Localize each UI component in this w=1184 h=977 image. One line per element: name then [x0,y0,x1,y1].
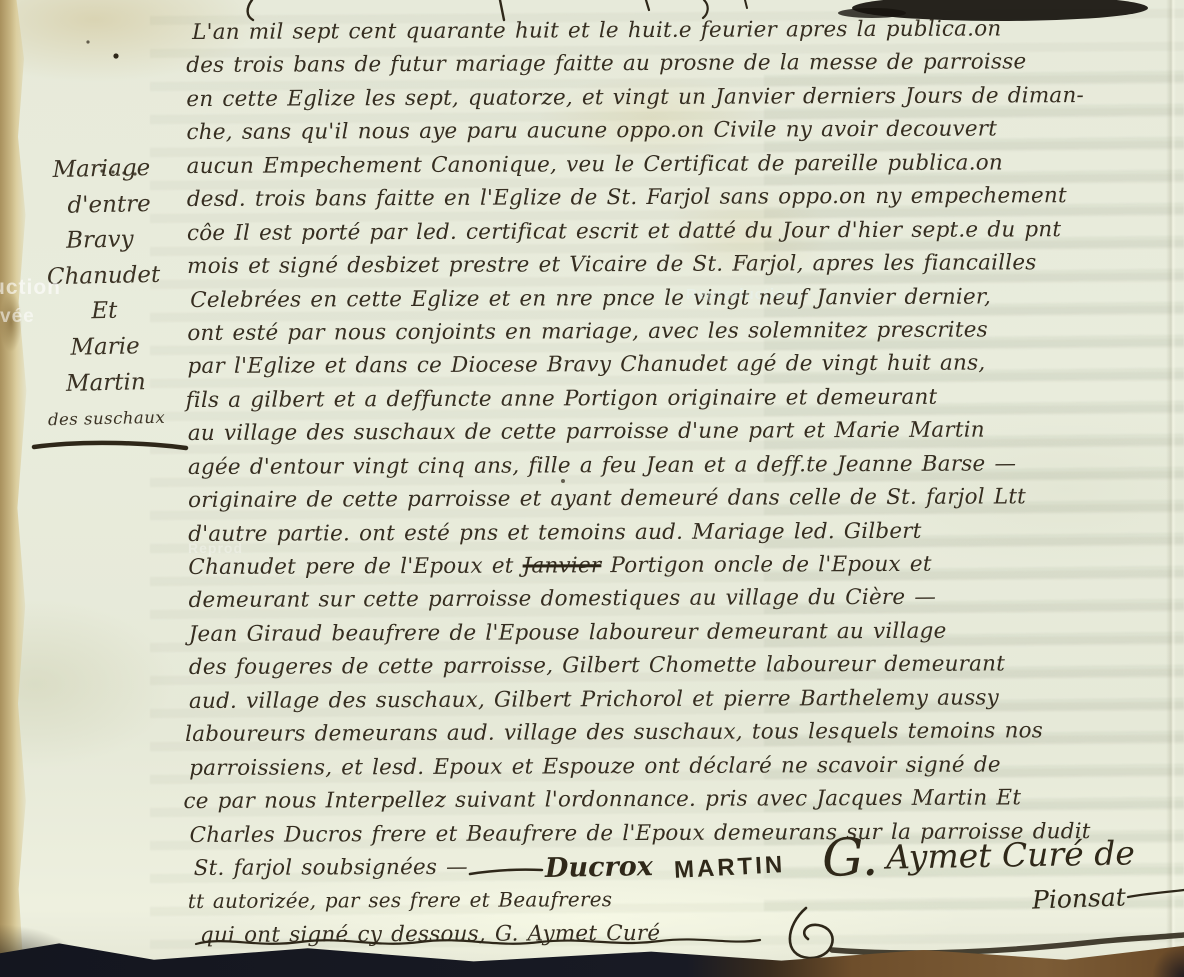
manuscript-line: agée d'entour vingt cinq ans, fille a fe… [188,446,1184,484]
manuscript-scan: Mariage d'entre Bravy Chanudet Et Marie … [0,0,1184,977]
manuscript-line: Chanudet pere de l'Epoux et Janvier Port… [188,547,1184,585]
manuscript-line: laboureurs demeurans aud. village des su… [185,714,1184,752]
body-text: L'an mil sept cent quarante huit et le h… [186,12,1184,953]
line-segment: Chanudet pere de l'Epoux et [188,554,522,580]
binding-edge [0,0,30,977]
watermark-fragment: Reproduction [686,286,796,303]
watermark-fragment: Reprod [188,540,243,556]
manuscript-line: par l'Eglize et dans ce Diocese Bravy Ch… [187,346,1184,384]
margin-line: Marie [27,328,184,367]
bottom-right-notch [1144,930,1184,977]
manuscript-line: ont esté par nous conjoints en mariage, … [187,313,1184,351]
manuscript-line: fils a gilbert et a deffuncte anne Porti… [186,379,1184,417]
manuscript-line: desd. trois bans faitte en l'Eglize de S… [187,179,1184,217]
signature-martin: MARTIN [673,851,786,885]
manuscript-line: parroissiens, et lesd. Epoux et Espouze … [189,747,1184,785]
manuscript-line: des fougeres de cette parroisse, Gilbert… [189,647,1184,685]
strikethrough-word: Janvier [523,553,602,578]
manuscript-line: che, sans qu'il nous aye paru aucune opp… [186,112,1184,150]
signature-aymet-initial: G. [822,828,879,889]
watermark-fragment: vée [0,306,35,328]
manuscript-line: ce par nous Interpellez suivant l'ordonn… [183,781,1184,819]
line-segment: Portigon oncle de l'Epoux et [601,552,931,578]
manuscript-line: d'autre partie. ont esté pns et temoins … [188,513,1184,551]
margin-line: Mariage [23,150,180,189]
manuscript-line: aucun Empechement Canonique, veu le Cert… [187,145,1184,183]
manuscript-line: au village des suschaux de cette parrois… [188,413,1184,451]
manuscript-line: originaire de cette parroisse et ayant d… [188,480,1184,518]
manuscript-line: Jean Giraud beaufrere de l'Epouse labour… [189,614,1184,652]
manuscript-line: qui ont signé cy dessous, G. Aymet Curé [200,914,1184,952]
margin-line: d'entre [38,186,181,225]
manuscript-line: mois et signé desbizet prestre et Vicair… [187,246,1184,284]
manuscript-line: L'an mil sept cent quarante huit et le h… [192,12,1184,50]
manuscript-line: demeurant sur cette parroisse domestique… [188,580,1184,618]
margin-line: Martin [28,364,185,403]
margin-line: Bravy [19,222,182,261]
watermark-fragment: uction [0,276,61,300]
margin-line: des suschaux [28,399,185,438]
signature-ducrox: Ducrox [545,851,653,884]
manuscript-line: des trois bans de futur mariage faitte a… [186,45,1184,83]
manuscript-line: en cette Eglize les sept, quatorze, et v… [186,79,1184,117]
signature-aymet: G.Aymet Curé de [822,833,1136,877]
manuscript-line: côe Il est porté par led. certificat esc… [187,212,1184,250]
signature-aymet-text: Aymet Curé de [886,833,1135,876]
signature-place-pionsat: Pionsat [1032,882,1127,914]
manuscript-line: aud. village des suschaux, Gilbert Prich… [189,680,1184,718]
